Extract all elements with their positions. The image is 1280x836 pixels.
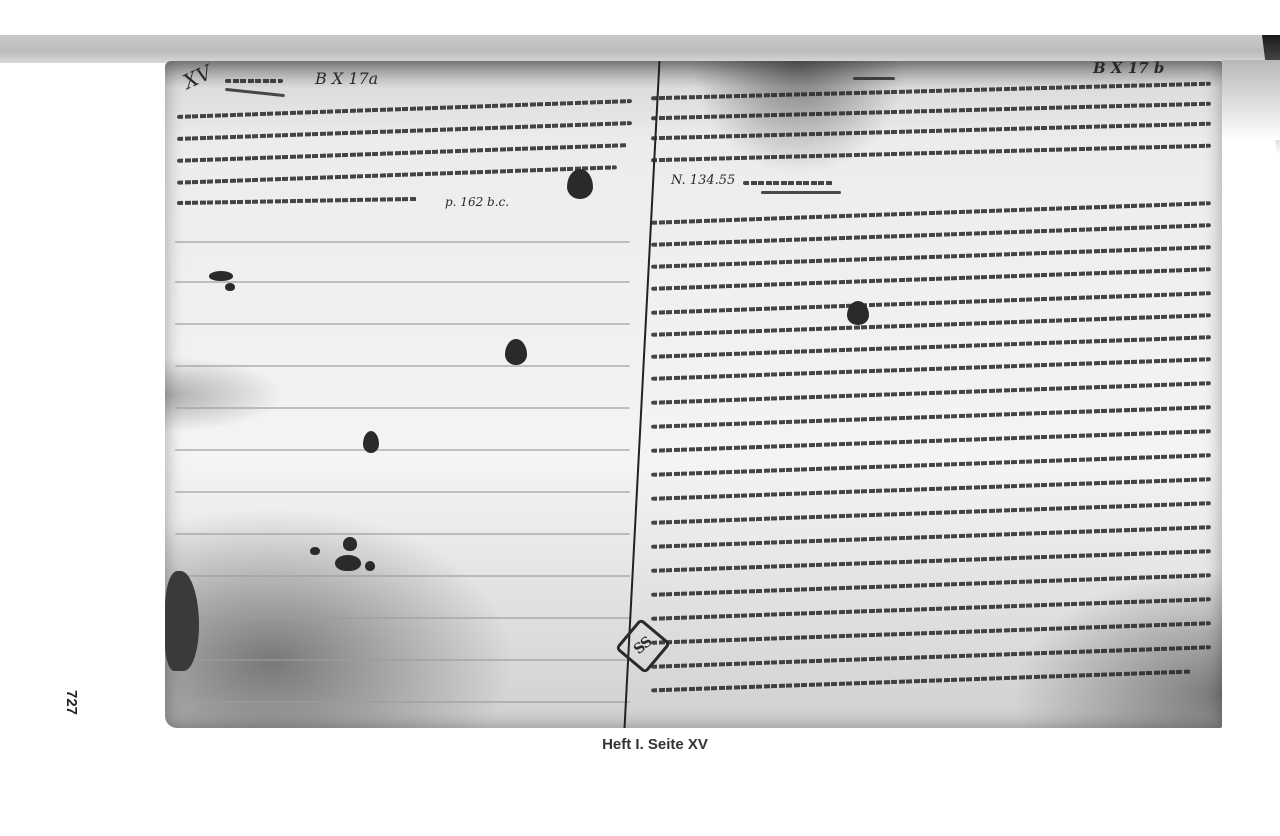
faint-text-line: [175, 491, 630, 493]
shorthand-line: [651, 477, 1211, 501]
ink-blot: [567, 169, 593, 199]
ink-stain: [165, 571, 199, 671]
heading-underline: [853, 77, 895, 80]
faint-text-line: [175, 365, 630, 367]
shorthand-line: [651, 573, 1211, 597]
handwriting-line: [177, 121, 632, 141]
shorthand-line: [651, 429, 1211, 453]
shorthand-line: [743, 181, 833, 185]
faint-text-line: [175, 533, 630, 535]
faint-text-line: [175, 323, 630, 325]
page-number: 727: [63, 690, 80, 715]
shorthand-line: [651, 621, 1211, 645]
manuscript-facsimile: XV B X 17a p. 162 b.c. SS: [165, 61, 1222, 728]
shorthand-line: [651, 102, 1211, 121]
faint-text-line: [175, 701, 630, 703]
ink-blot: [363, 431, 379, 453]
left-header-numeral: XV: [179, 60, 215, 94]
faint-text-line: [175, 617, 630, 619]
shorthand-line: [651, 245, 1211, 269]
caption-text: Heft I. Seite XV: [602, 736, 708, 753]
shorthand-line: [651, 525, 1211, 549]
shorthand-line: [651, 645, 1211, 669]
shorthand-line: [651, 381, 1211, 405]
shorthand-line: [651, 501, 1211, 525]
shorthand-line: [651, 597, 1211, 621]
shorthand-line: [651, 144, 1211, 163]
left-header-code: B X 17a: [315, 69, 378, 88]
faint-text-line: [175, 659, 630, 661]
shorthand-line: [651, 453, 1211, 477]
handwriting-line: [177, 197, 417, 205]
shorthand-line: [651, 223, 1211, 247]
ink-blot: [335, 555, 361, 571]
shorthand-line: [651, 405, 1211, 429]
shorthand-line: [651, 357, 1211, 381]
shorthand-line: [651, 313, 1211, 337]
figure-caption: Heft I. Seite XV: [0, 736, 1280, 753]
ink-blot: [365, 561, 375, 571]
scan-border: [0, 35, 1280, 63]
ink-blot: [847, 301, 869, 325]
shorthand-line: [651, 291, 1211, 315]
shorthand-line: [651, 549, 1211, 573]
shorthand-line: [651, 82, 1211, 101]
faint-text-line: [175, 407, 630, 409]
ink-blot: [343, 537, 357, 551]
underline: [225, 88, 285, 97]
handwriting-line: [177, 143, 627, 163]
ink-blot: [505, 339, 527, 365]
shorthand-line: [651, 122, 1211, 141]
faint-text-line: [175, 575, 630, 577]
ink-blot: [310, 547, 320, 555]
right-line-marker: N. 134.55: [671, 173, 735, 188]
shorthand-line: [651, 670, 1191, 693]
shorthand-line: [651, 267, 1211, 291]
ink-blot: [209, 271, 233, 281]
underline: [761, 191, 841, 194]
handwriting-line: [177, 99, 632, 119]
handwriting-line: [225, 79, 283, 83]
left-side-note: p. 162 b.c.: [445, 195, 509, 209]
shorthand-line: [651, 335, 1211, 359]
handwriting-line: [177, 165, 617, 184]
ink-blot: [225, 283, 235, 291]
faint-text-line: [175, 241, 630, 243]
right-header-code: B X 17 b: [1093, 59, 1164, 77]
shorthand-line: [651, 201, 1211, 225]
manuscript-right-page: B X 17 b N. 134.55: [643, 61, 1222, 728]
scan-fade: [1222, 60, 1280, 140]
faint-text-line: [175, 281, 630, 283]
faint-text-line: [175, 449, 630, 451]
manuscript-left-page: XV B X 17a p. 162 b.c.: [165, 61, 643, 728]
